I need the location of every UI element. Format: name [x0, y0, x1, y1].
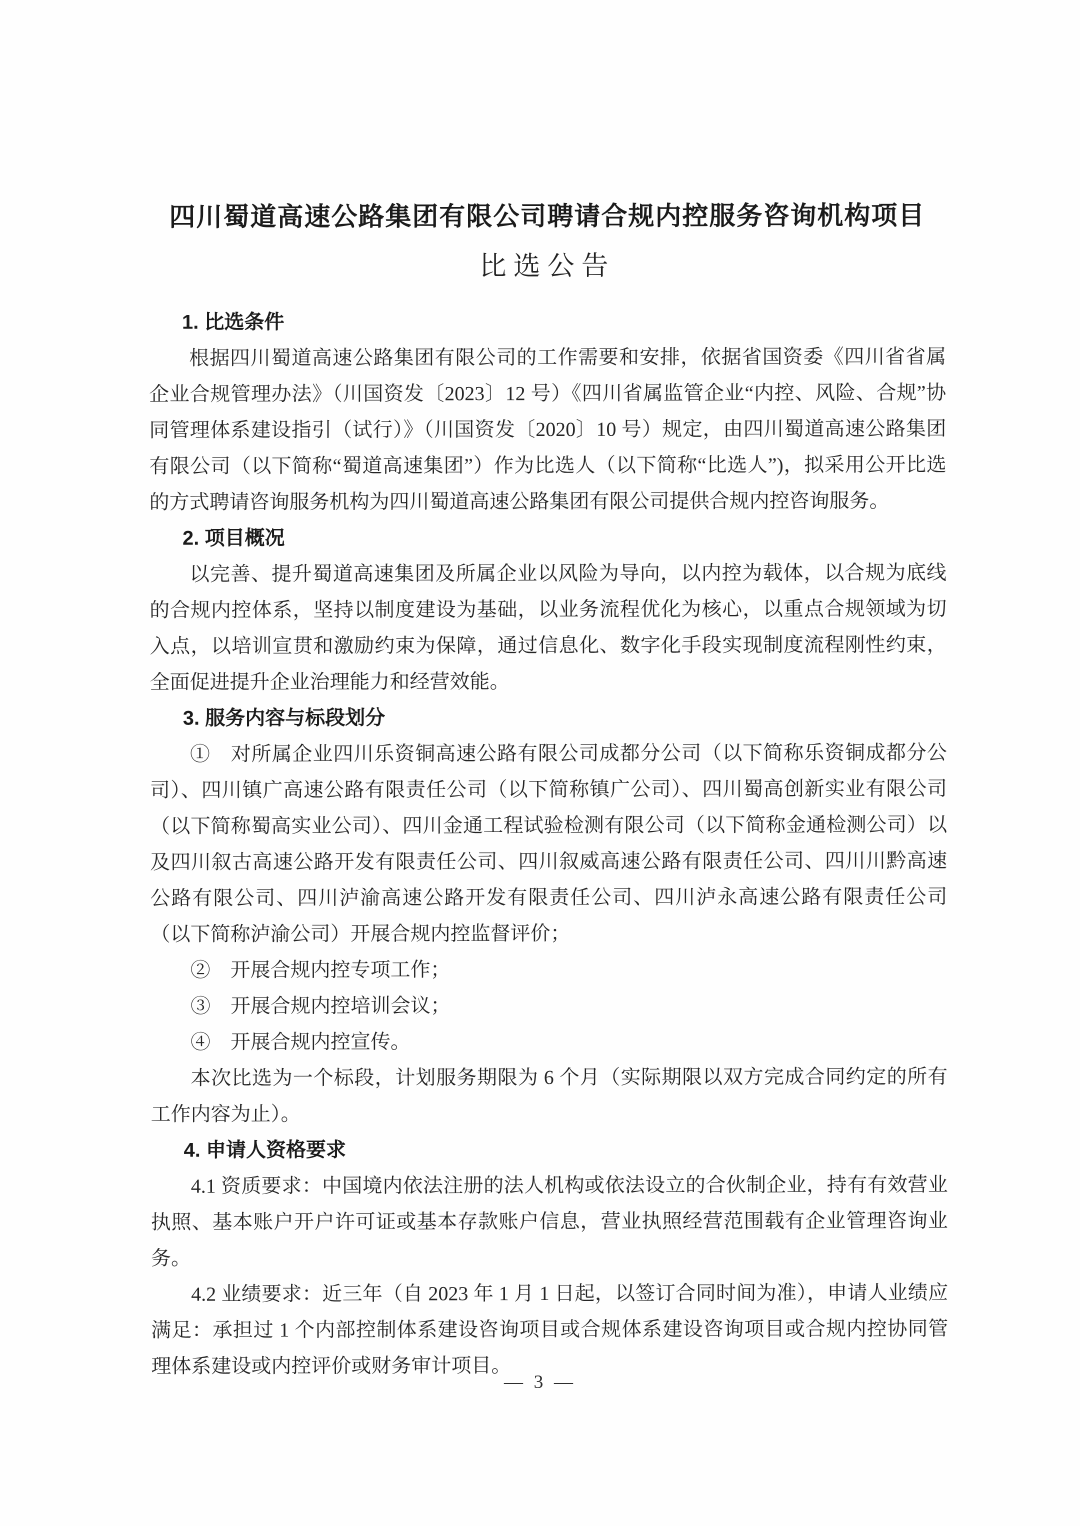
- section-3-item-1: ① 对所属企业四川乐资铜高速公路有限公司成都分公司（以下简称乐资铜成都分公司）、…: [150, 735, 947, 953]
- section-3-duration-paragraph: 本次比选为一个标段，计划服务期限为 6 个月（实际期限以双方完成合同约定的所有工…: [151, 1059, 948, 1133]
- document-content: 四川蜀道高速公路集团有限公司聘请合规内控服务咨询机构项目 比选公告 1. 比选条…: [149, 195, 948, 1385]
- section-1-paragraph: 根据四川蜀道高速公路集团有限公司的工作需要和安排，依据省国资委《四川省省属企业合…: [149, 339, 946, 521]
- page-number: — 3 —: [0, 1368, 1080, 1398]
- section-3-item-3: ③ 开展合规内控培训会议；: [150, 987, 947, 1025]
- section-2-paragraph: 以完善、提升蜀道高速集团及所属企业以风险为导向，以内控为载体，以合规为底线的合规…: [150, 555, 947, 701]
- section-3-heading: 3. 服务内容与标段划分: [150, 699, 947, 737]
- section-2-heading: 2. 项目概况: [149, 519, 946, 557]
- section-3-item-2: ② 开展合规内控专项工作；: [150, 951, 947, 989]
- section-project-overview: 2. 项目概况 以完善、提升蜀道高速集团及所属企业以风险为导向，以内控为载体，以…: [149, 519, 946, 701]
- section-1-heading: 1. 比选条件: [149, 303, 946, 341]
- section-3-item-4: ④ 开展合规内控宣传。: [150, 1023, 947, 1061]
- section-bidding-conditions: 1. 比选条件 根据四川蜀道高速公路集团有限公司的工作需要和安排，依据省国资委《…: [149, 303, 946, 521]
- doc-title-line2: 比选公告: [149, 245, 946, 287]
- section-applicant-qualifications: 4. 申请人资格要求 4.1 资质要求：中国境内依法注册的法人机构或依法设立的合…: [151, 1131, 949, 1385]
- document-page: 四川蜀道高速公路集团有限公司聘请合规内控服务咨询机构项目 比选公告 1. 比选条…: [0, 0, 1080, 1526]
- section-4-qualification-paragraph: 4.1 资质要求：中国境内依法注册的法人机构或依法设立的合伙制企业，持有有效营业…: [151, 1167, 948, 1277]
- doc-title-line1: 四川蜀道高速公路集团有限公司聘请合规内控服务咨询机构项目: [149, 195, 946, 237]
- section-service-content: 3. 服务内容与标段划分 ① 对所属企业四川乐资铜高速公路有限公司成都分公司（以…: [150, 699, 948, 1133]
- section-4-heading: 4. 申请人资格要求: [151, 1131, 948, 1169]
